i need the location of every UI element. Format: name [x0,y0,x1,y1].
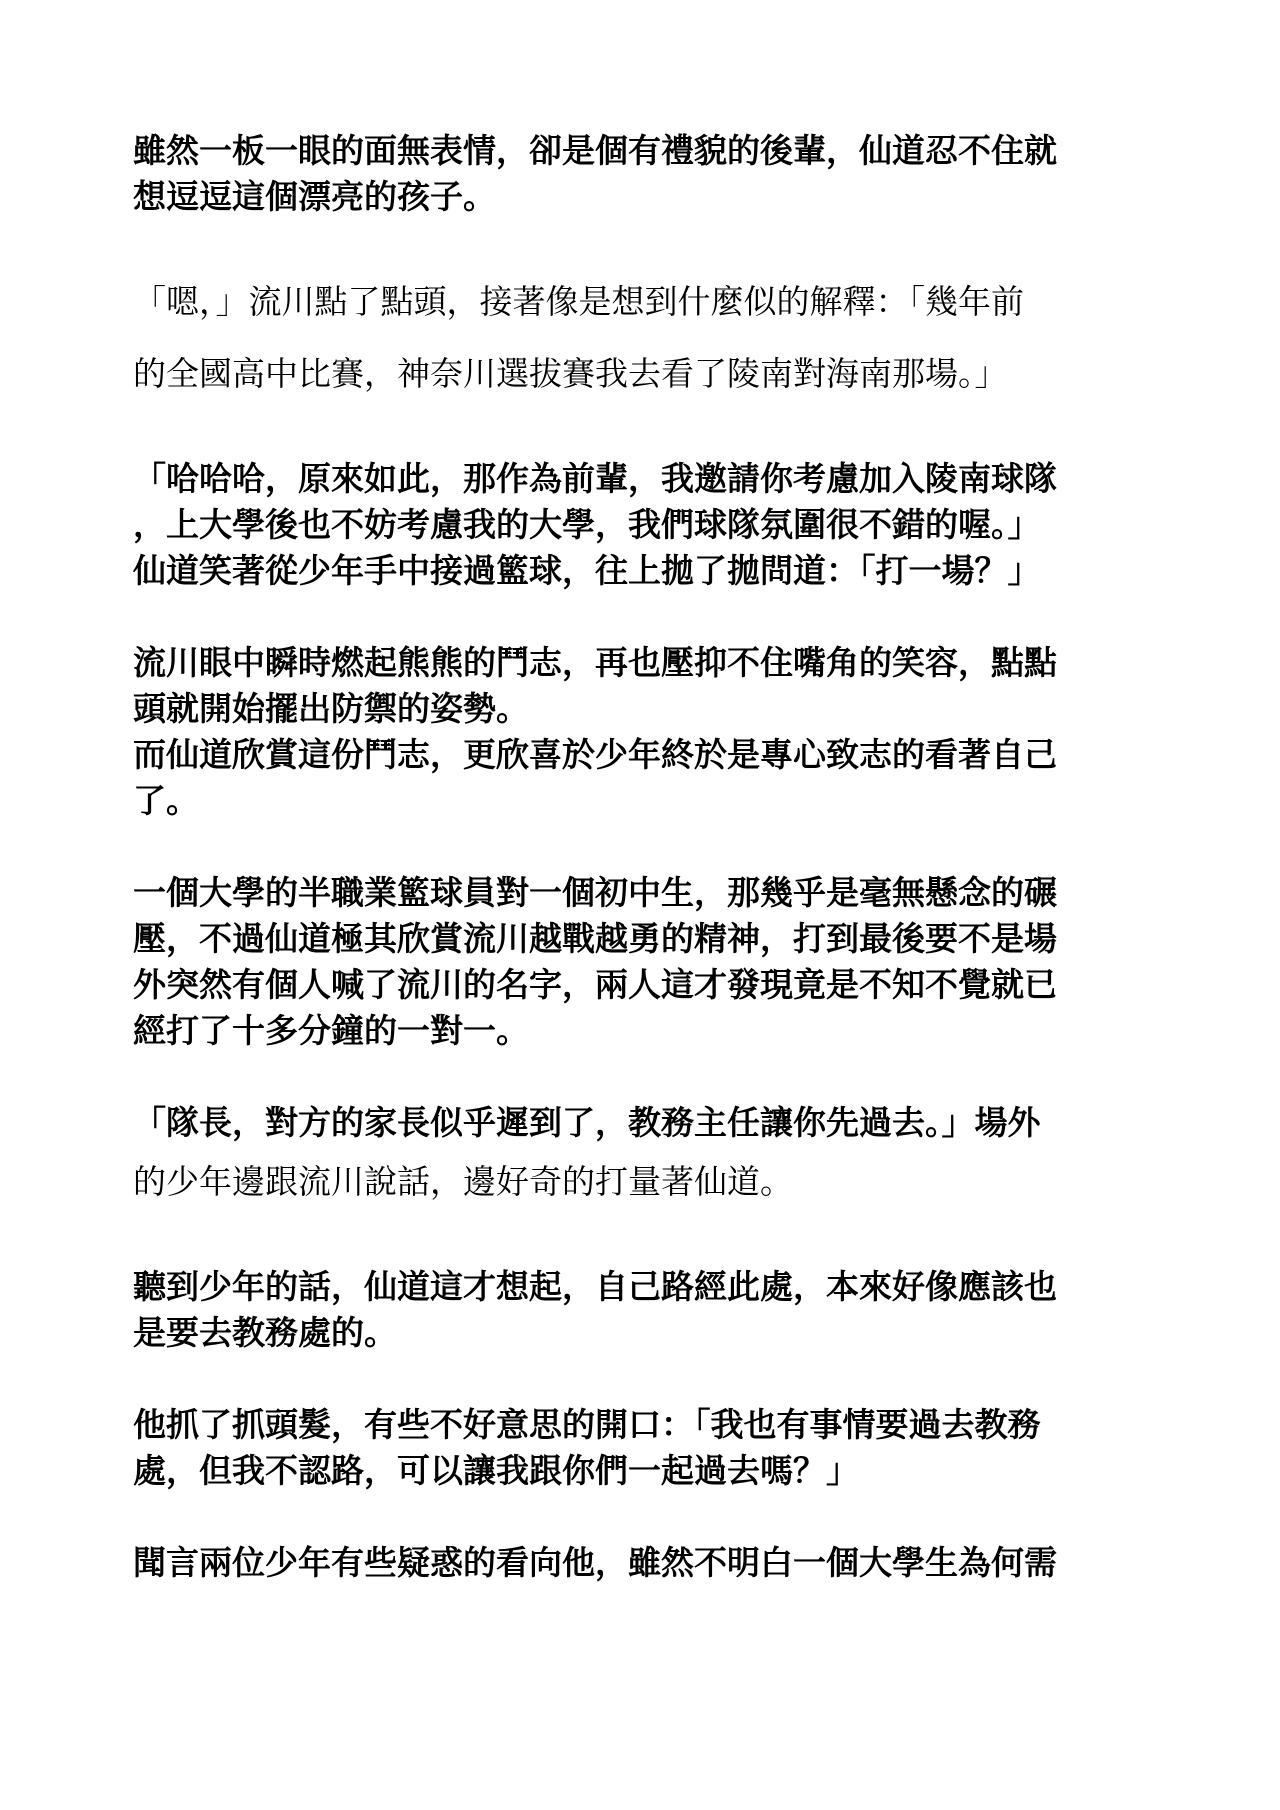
text-line: 仙道笑著從少年手中接過籃球，往上拋了拋問道：「打一場？」 [133,548,1013,594]
text-line: 聽到少年的話，仙道這才想起，自己路經此處，本來好像應該也 [133,1264,1013,1310]
paragraph: 「隊長，對方的家長似乎遲到了，教務主任讓你先過去。」場外 [133,1100,1013,1146]
text-line: 「哈哈哈，原來如此，那作為前輩，我邀請你考慮加入陵南球隊 [133,456,1013,502]
text-line: 了。 [133,778,1013,824]
text-line: 想逗逗這個漂亮的孩子。 [133,174,1013,220]
text-line: 雖然一板一眼的面無表情，卻是個有禮貌的後輩，仙道忍不住就 [133,128,1013,174]
paragraph: 流川眼中瞬時燃起熊熊的鬥志，再也壓抑不住嘴角的笑容，點點頭就開始擺出防禦的姿勢。… [133,640,1013,824]
text-line: 外突然有個人喊了流川的名字，兩人這才發現竟是不知不覺就已 [133,962,1013,1008]
paragraph: 一個大學的半職業籃球員對一個初中生，那幾乎是毫無懸念的碾壓，不過仙道極其欣賞流川… [133,870,1013,1054]
paragraph: 「嗯，」流川點了點頭，接著像是想到什麼似的解釋：「幾年前的全國高中比賽，神奈川選… [133,266,1013,410]
paragraph: 聽到少年的話，仙道這才想起，自己路經此處，本來好像應該也是要去教務處的。 [133,1264,1013,1356]
paragraph: 「哈哈哈，原來如此，那作為前輩，我邀請你考慮加入陵南球隊，上大學後也不妨考慮我的… [133,456,1013,594]
text-line: 的少年邊跟流川說話，邊好奇的打量著仙道。 [133,1146,1013,1218]
text-area: 雖然一板一眼的面無表情，卻是個有禮貌的後輩，仙道忍不住就想逗逗這個漂亮的孩子。「… [133,128,1013,1586]
text-line: 「嗯，」流川點了點頭，接著像是想到什麼似的解釋：「幾年前 [133,266,1013,338]
paragraph: 聞言兩位少年有些疑惑的看向他，雖然不明白一個大學生為何需 [133,1540,1013,1586]
text-line: 經打了十多分鐘的一對一。 [133,1008,1013,1054]
text-line: 處，但我不認路，可以讓我跟你們一起過去嗎？」 [133,1448,1013,1494]
text-line: 壓，不過仙道極其欣賞流川越戰越勇的精神，打到最後要不是場 [133,916,1013,962]
text-line: 頭就開始擺出防禦的姿勢。 [133,686,1013,732]
paragraph: 的少年邊跟流川說話，邊好奇的打量著仙道。 [133,1146,1013,1218]
text-line: 「隊長，對方的家長似乎遲到了，教務主任讓你先過去。」場外 [133,1100,1013,1146]
paragraph: 他抓了抓頭髮，有些不好意思的開口：「我也有事情要過去教務處，但我不認路，可以讓我… [133,1402,1013,1494]
text-line: 聞言兩位少年有些疑惑的看向他，雖然不明白一個大學生為何需 [133,1540,1013,1586]
text-line: 是要去教務處的。 [133,1310,1013,1356]
paragraph: 雖然一板一眼的面無表情，卻是個有禮貌的後輩，仙道忍不住就想逗逗這個漂亮的孩子。 [133,128,1013,220]
text-line: 的全國高中比賽，神奈川選拔賽我去看了陵南對海南那場。」 [133,338,1013,410]
text-line: 他抓了抓頭髮，有些不好意思的開口：「我也有事情要過去教務 [133,1402,1013,1448]
text-line: ，上大學後也不妨考慮我的大學，我們球隊氛圍很不錯的喔。」 [133,502,1013,548]
text-line: 而仙道欣賞這份鬥志，更欣喜於少年終於是專心致志的看著自己 [133,732,1013,778]
document-page: 雖然一板一眼的面無表情，卻是個有禮貌的後輩，仙道忍不住就想逗逗這個漂亮的孩子。「… [133,128,1013,1586]
text-line: 流川眼中瞬時燃起熊熊的鬥志，再也壓抑不住嘴角的笑容，點點 [133,640,1013,686]
text-line: 一個大學的半職業籃球員對一個初中生，那幾乎是毫無懸念的碾 [133,870,1013,916]
